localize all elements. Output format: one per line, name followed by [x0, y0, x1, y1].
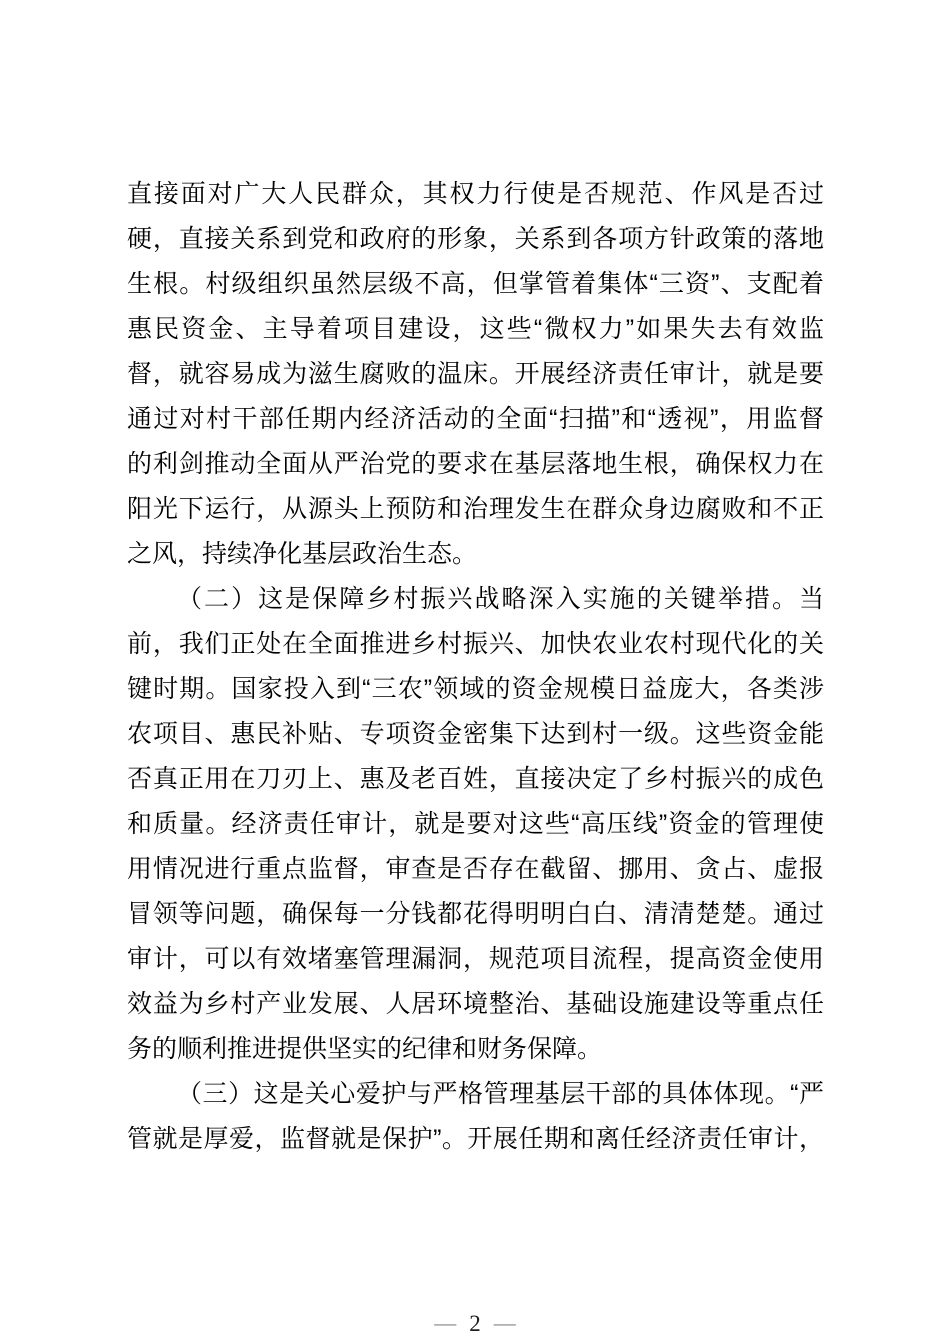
text-line: 直接面对广大人民群众，其权力行使是否规范、作风是否过 [127, 172, 824, 217]
text-line: 冒领等问题，确保每一分钱都花得明明白白、清清楚楚。通过 [127, 892, 824, 937]
text-line: 督，就容易成为滋生腐败的温床。开展经济责任审计，就是要 [127, 352, 824, 397]
text-line: 效益为乡村产业发展、人居环境整治、基础设施建设等重点任 [127, 982, 824, 1027]
text-line: 用情况进行重点监督，审查是否存在截留、挪用、贪占、虚报 [127, 847, 824, 892]
text-line: 阳光下运行，从源头上预防和治理发生在群众身边腐败和不正 [127, 487, 824, 532]
footer-dash-left: — [434, 1312, 456, 1334]
text-line: 管就是厚爱，监督就是保护”。开展任期和离任经济责任审计， [127, 1117, 824, 1162]
text-line: 否真正用在刀刃上、惠及老百姓，直接决定了乡村振兴的成色 [127, 757, 824, 802]
text-line: 通过对村干部任期内经济活动的全面“扫描”和“透视”，用监督 [127, 397, 824, 442]
text-line: 硬，直接关系到党和政府的形象，关系到各项方针政策的落地 [127, 217, 824, 262]
text-line: （三）这是关心爱护与严格管理基层干部的具体体现。“严 [127, 1072, 824, 1117]
text-line: 前，我们正处在全面推进乡村振兴、加快农业农村现代化的关 [127, 622, 824, 667]
page-footer: — 2 — [0, 1308, 950, 1338]
document-text: 直接面对广大人民群众，其权力行使是否规范、作风是否过硬，直接关系到党和政府的形象… [127, 172, 824, 1162]
text-line: （二）这是保障乡村振兴战略深入实施的关键举措。当 [127, 577, 824, 622]
text-line: 的利剑推动全面从严治党的要求在基层落地生根，确保权力在 [127, 442, 824, 487]
text-line: 之风，持续净化基层政治生态。 [127, 532, 824, 577]
text-line: 生根。村级组织虽然层级不高，但掌管着集体“三资”、支配着 [127, 262, 824, 307]
text-line: 农项目、惠民补贴、专项资金密集下达到村一级。这些资金能 [127, 712, 824, 757]
footer-dash-right: — [494, 1312, 516, 1334]
text-line: 审计，可以有效堵塞管理漏洞，规范项目流程，提高资金使用 [127, 937, 824, 982]
text-line: 键时期。国家投入到“三农”领域的资金规模日益庞大，各类涉 [127, 667, 824, 712]
document-page: 直接面对广大人民群众，其权力行使是否规范、作风是否过硬，直接关系到党和政府的形象… [0, 0, 950, 1344]
text-line: 惠民资金、主导着项目建设，这些“微权力”如果失去有效监 [127, 307, 824, 352]
text-line: 务的顺利推进提供坚实的纪律和财务保障。 [127, 1027, 824, 1072]
text-line: 和质量。经济责任审计，就是要对这些“高压线”资金的管理使 [127, 802, 824, 847]
page-number: 2 [469, 1312, 481, 1335]
